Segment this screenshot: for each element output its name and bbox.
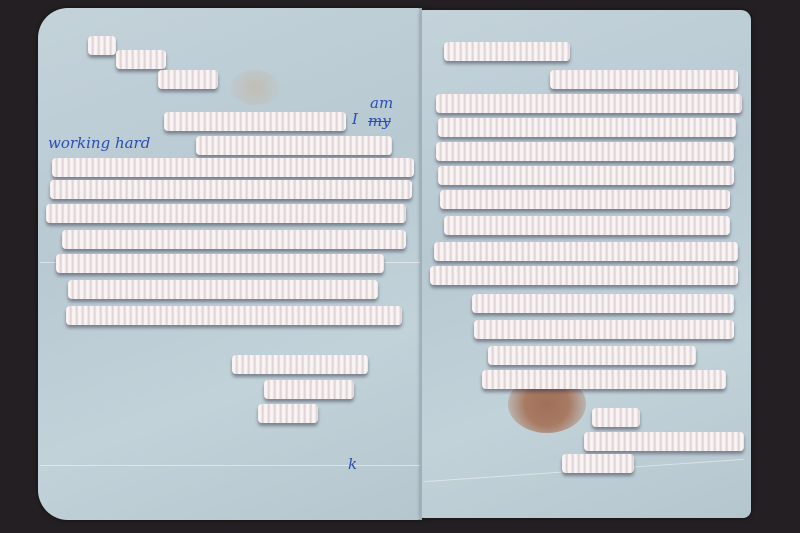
paper-stain xyxy=(230,70,280,105)
rice-grain-row xyxy=(434,242,738,261)
rice-grain-row xyxy=(50,180,412,199)
rice-grain-row xyxy=(436,94,742,113)
paper-crease xyxy=(40,465,420,466)
rice-grain-row xyxy=(264,380,354,399)
rice-grain-row xyxy=(472,294,734,313)
page-fold xyxy=(420,8,422,520)
handwritten-text: my xyxy=(368,112,391,130)
rice-grain-row xyxy=(482,370,726,389)
rice-grain-row xyxy=(592,408,640,427)
rice-grain-row xyxy=(52,158,414,177)
rice-grain-row xyxy=(158,70,218,89)
rice-grain-row xyxy=(258,404,318,423)
rice-grain-row xyxy=(232,355,368,374)
rice-grain-row xyxy=(68,280,378,299)
rice-grain-row xyxy=(430,266,738,285)
rice-grain-row xyxy=(438,166,734,185)
rice-grain-row xyxy=(62,230,406,249)
rice-grain-row xyxy=(550,70,738,89)
rice-grain-row xyxy=(444,216,730,235)
handwritten-text: am xyxy=(370,94,393,112)
rice-grain-row xyxy=(56,254,384,273)
rice-grain-row xyxy=(116,50,166,69)
handwritten-text: k xyxy=(348,455,357,473)
rice-grain-row xyxy=(436,142,734,161)
rice-grain-row xyxy=(164,112,346,131)
handwritten-text: I xyxy=(352,110,358,128)
rice-grain-row xyxy=(584,432,744,451)
rice-grain-row xyxy=(88,36,116,55)
rice-grain-row xyxy=(196,136,392,155)
rice-grain-row xyxy=(474,320,734,339)
handwritten-text: working hard xyxy=(48,134,150,152)
rice-grain-row xyxy=(562,454,634,473)
rice-grain-row xyxy=(66,306,402,325)
rice-grain-row xyxy=(444,42,570,61)
rice-grain-row xyxy=(488,346,696,365)
rice-grain-row xyxy=(440,190,730,209)
rice-grain-row xyxy=(438,118,736,137)
rice-grain-row xyxy=(46,204,406,223)
